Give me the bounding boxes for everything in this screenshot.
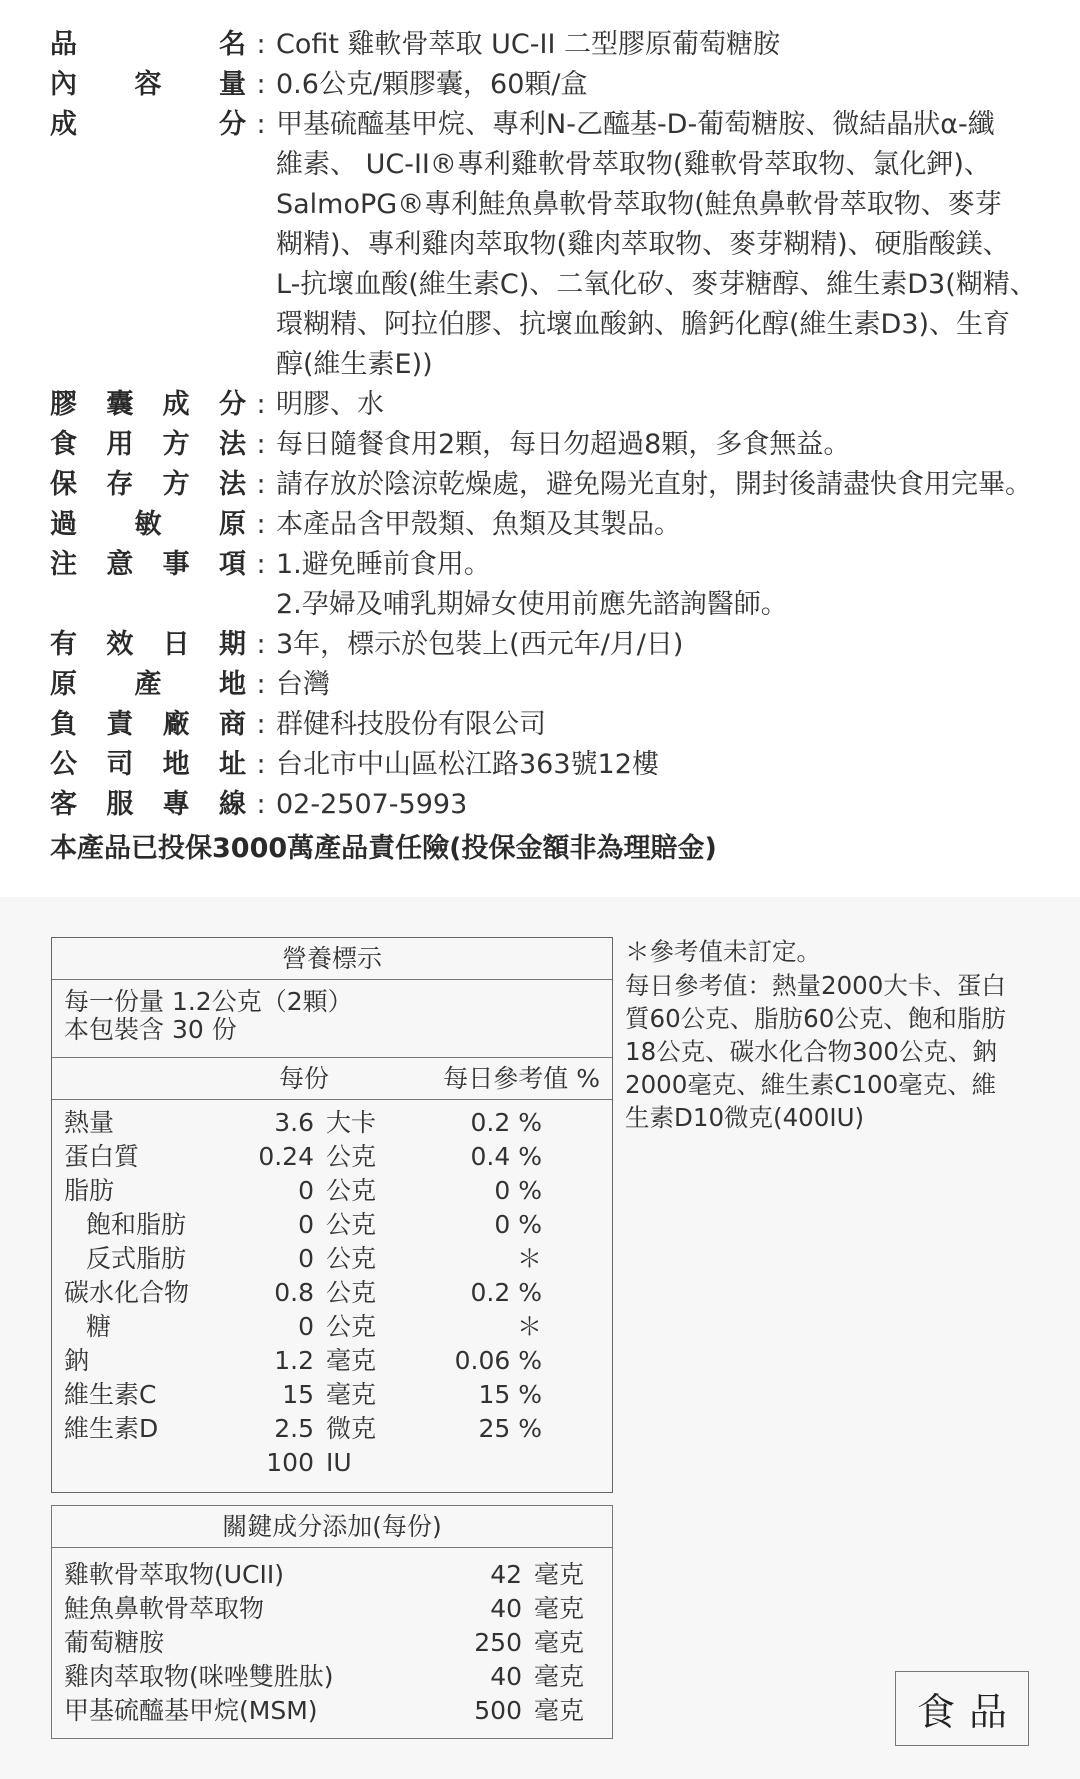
- spec-value: 1.避免睡前食用。2.孕婦及哺乳期婦女使用前應先諮詢醫師。: [276, 545, 1066, 625]
- spec-row: 食用方法:每日隨餐食用2顆，每日勿超過8顆，多食無益。: [0, 425, 1080, 465]
- key-ingredients-title: 關鍵成分添加(每份): [52, 1506, 612, 1548]
- ingredient-amount: 40: [442, 1660, 522, 1694]
- spec-label-char: 責: [106, 705, 133, 745]
- spec-label-char: 用: [106, 425, 133, 465]
- nutrition-row: 熱量3.6大卡0.2 %: [52, 1106, 612, 1140]
- spec-value: 甲基硫醯基甲烷、專利N-乙醯基-D-葡萄糖胺、微結晶狀α-纖維素、 UC-II®…: [276, 105, 1066, 385]
- spec-colon: :: [246, 385, 276, 425]
- spec-label-char: 效: [106, 625, 133, 665]
- nutrient-value: 2.5: [202, 1412, 314, 1446]
- spec-label-char: 日: [163, 625, 190, 665]
- nutrient-daily-value: ＊: [394, 1310, 542, 1344]
- nutrient-name: 維生素D: [52, 1412, 202, 1446]
- spec-colon: :: [246, 25, 276, 65]
- spec-label: 客服專線: [50, 785, 246, 825]
- spec-colon: :: [246, 705, 276, 745]
- spec-label-char: 專: [163, 785, 190, 825]
- key-ingredient-row: 葡萄糖胺250毫克: [52, 1626, 612, 1660]
- ingredient-amount: 42: [442, 1558, 522, 1592]
- spec-label-char: 囊: [106, 385, 133, 425]
- spec-label: 注意事項: [50, 545, 246, 625]
- ingredient-amount: 500: [442, 1694, 522, 1728]
- ingredient-name: 葡萄糖胺: [52, 1626, 442, 1660]
- ingredient-unit: 毫克: [522, 1592, 592, 1626]
- nutrient-unit: 公克: [314, 1310, 394, 1344]
- spec-label-char: 成: [163, 385, 190, 425]
- insurance-statement: 本產品已投保3000萬產品責任險(投保金額非為理賠金): [50, 827, 1080, 871]
- spec-label-char: 法: [219, 425, 246, 465]
- daily-reference-line: 每日參考值：熱量2000大卡、蛋白: [625, 969, 1045, 1002]
- spec-label-char: 注: [50, 545, 77, 625]
- spec-label-char: 廠: [163, 705, 190, 745]
- daily-reference-text: 每日參考值：熱量2000大卡、蛋白質60公克、脂肪60公克、飽和脂肪18公克、碳…: [625, 969, 1045, 1134]
- spec-value-line: 每日隨餐食用2顆，每日勿超過8顆，多食無益。: [276, 425, 1066, 465]
- spec-value-line: 2.孕婦及哺乳期婦女使用前應先諮詢醫師。: [276, 585, 1066, 625]
- nutrient-value: 0.8: [202, 1276, 314, 1310]
- spec-label-char: 產: [135, 665, 162, 705]
- nutrition-row: 維生素C15毫克15 %: [52, 1378, 612, 1412]
- spec-label-char: 有: [50, 625, 77, 665]
- nutrition-title: 營養標示: [52, 938, 612, 980]
- header-daily-value: 每日參考值 %: [347, 1058, 612, 1099]
- spec-value: 本產品含甲殼類、魚類及其製品。: [276, 505, 1066, 545]
- spec-label: 公司地址: [50, 745, 246, 785]
- nutrient-name: 熱量: [52, 1106, 202, 1140]
- daily-reference-line: 2000毫克、維生素C100毫克、維: [625, 1068, 1045, 1101]
- spec-value-line: 台灣: [276, 665, 1066, 705]
- ingredient-amount: 250: [442, 1626, 522, 1660]
- nutrient-name: 反式脂肪: [52, 1242, 202, 1276]
- spec-value-line: L-抗壞血酸(維生素C)、二氧化矽、麥芽糖醇、維生素D3(糊精、: [276, 265, 1066, 305]
- daily-reference-line: 生素D10微克(400IU): [625, 1101, 1045, 1134]
- spec-label-char: 內: [50, 65, 77, 105]
- spec-label-char: 項: [219, 545, 246, 625]
- nutrient-name: [52, 1446, 202, 1480]
- spec-value: 台北市中山區松江路363號12樓: [276, 745, 1066, 785]
- spec-value-line: Cofit 雞軟骨萃取 UC-II 二型膠原葡萄糖胺: [276, 25, 1066, 65]
- spec-colon: :: [246, 65, 276, 105]
- spec-row: 保存方法:請存放於陰涼乾燥處，避免陽光直射，開封後請盡快食用完畢。: [0, 465, 1080, 505]
- spec-label-char: 意: [106, 545, 133, 625]
- spec-label: 膠囊成分: [50, 385, 246, 425]
- nutrient-daily-value: 0.4 %: [394, 1140, 542, 1174]
- spec-row: 原產地:台灣: [0, 665, 1080, 705]
- spec-label-char: 量: [219, 65, 246, 105]
- nutrient-name: 糖: [52, 1310, 202, 1344]
- food-category-badge: 食品: [895, 1671, 1029, 1746]
- spec-value-line: 群健科技股份有限公司: [276, 705, 1066, 745]
- spec-row: 過敏原:本產品含甲殼類、魚類及其製品。: [0, 505, 1080, 545]
- spec-row: 膠囊成分:明膠、水: [0, 385, 1080, 425]
- key-ingredient-row: 雞肉萃取物(咪唑雙胜肽)40毫克: [52, 1660, 612, 1694]
- spec-label: 有效日期: [50, 625, 246, 665]
- nutrition-row: 脂肪0公克0 %: [52, 1174, 612, 1208]
- ingredient-name: 甲基硫醯基甲烷(MSM): [52, 1694, 442, 1728]
- spec-label-char: 方: [163, 425, 190, 465]
- spec-value-line: 明膠、水: [276, 385, 1066, 425]
- nutrient-daily-value: ＊: [394, 1242, 542, 1276]
- spec-row: 內容量:0.6公克/顆膠囊，60顆/盒: [0, 65, 1080, 105]
- spec-label-char: 分: [219, 385, 246, 425]
- spec-value-line: 1.避免睡前食用。: [276, 545, 1066, 585]
- spec-label-char: 品: [50, 25, 77, 65]
- spec-value: 群健科技股份有限公司: [276, 705, 1066, 745]
- ingredient-name: 雞肉萃取物(咪唑雙胜肽): [52, 1660, 442, 1694]
- ingredient-unit: 毫克: [522, 1660, 592, 1694]
- nutrient-value: 3.6: [202, 1106, 314, 1140]
- ingredient-amount: 40: [442, 1592, 522, 1626]
- spec-value-line: 醇(維生素E)): [276, 345, 1066, 385]
- spec-label: 食用方法: [50, 425, 246, 465]
- product-spec-section: 品名:Cofit 雞軟骨萃取 UC-II 二型膠原葡萄糖胺內容量:0.6公克/顆…: [0, 0, 1080, 897]
- key-ingredient-row: 雞軟骨萃取物(UCII)42毫克: [52, 1558, 612, 1592]
- spec-label-char: 客: [50, 785, 77, 825]
- spec-label: 原產地: [50, 665, 246, 705]
- spec-label-char: 敏: [135, 505, 162, 545]
- reference-notes: ＊參考值未訂定。 每日參考值：熱量2000大卡、蛋白質60公克、脂肪60公克、飽…: [625, 935, 1045, 1134]
- spec-row: 公司地址:台北市中山區松江路363號12樓: [0, 745, 1080, 785]
- serving-info: 每一份量 1.2公克（2顆） 本包裝含 30 份: [52, 980, 612, 1058]
- nutrient-unit: 大卡: [314, 1106, 394, 1140]
- spec-label: 內容量: [50, 65, 246, 105]
- spec-label-char: 事: [163, 545, 190, 625]
- nutrition-row: 糖0公克＊: [52, 1310, 612, 1344]
- nutrient-daily-value: 0.2 %: [394, 1106, 542, 1140]
- nutrient-unit: 公克: [314, 1276, 394, 1310]
- nutrient-value: 0: [202, 1242, 314, 1276]
- spec-label-char: 成: [50, 105, 77, 385]
- spec-value: 台灣: [276, 665, 1066, 705]
- spec-value-line: 環糊精、阿拉伯膠、抗壞血酸鈉、膽鈣化醇(維生素D3)、生育: [276, 305, 1066, 345]
- spec-value-line: 糊精)、專利雞肉萃取物(雞肉萃取物、麥芽糊精)、硬脂酸鎂、: [276, 225, 1066, 265]
- nutrient-name: 維生素C: [52, 1378, 202, 1412]
- spec-value: 請存放於陰涼乾燥處，避免陽光直射，開封後請盡快食用完畢。: [276, 465, 1066, 505]
- spec-label: 保存方法: [50, 465, 246, 505]
- daily-reference-line: 18公克、碳水化合物300公克、鈉: [625, 1035, 1045, 1068]
- spec-label-char: 原: [50, 665, 77, 705]
- key-ingredients-table: 關鍵成分添加(每份) 雞軟骨萃取物(UCII)42毫克鮭魚鼻軟骨萃取物40毫克葡…: [51, 1505, 613, 1739]
- nutrient-name: 蛋白質: [52, 1140, 202, 1174]
- nutrition-row: 蛋白質0.24公克0.4 %: [52, 1140, 612, 1174]
- nutrition-row: 維生素D2.5微克25 %: [52, 1412, 612, 1446]
- spec-label-char: 公: [50, 745, 77, 785]
- spec-label-char: 存: [106, 465, 133, 505]
- star-note: ＊參考值未訂定。: [625, 935, 1045, 968]
- spec-value: 0.6公克/顆膠囊，60顆/盒: [276, 65, 1066, 105]
- spec-label-char: 名: [219, 25, 246, 65]
- spec-label: 過敏原: [50, 505, 246, 545]
- spec-row: 品名:Cofit 雞軟骨萃取 UC-II 二型膠原葡萄糖胺: [0, 25, 1080, 65]
- ingredient-unit: 毫克: [522, 1558, 592, 1592]
- spec-colon: :: [246, 785, 276, 825]
- spec-value-line: 02-2507-5993: [276, 785, 1066, 825]
- nutrient-unit: 公克: [314, 1140, 394, 1174]
- nutrient-daily-value: 15 %: [394, 1378, 542, 1412]
- spec-label-char: 司: [106, 745, 133, 785]
- spec-value-line: 甲基硫醯基甲烷、專利N-乙醯基-D-葡萄糖胺、微結晶狀α-纖: [276, 105, 1066, 145]
- nutrient-value: 0.24: [202, 1140, 314, 1174]
- nutrient-name: 碳水化合物: [52, 1276, 202, 1310]
- spec-label-char: 地: [219, 665, 246, 705]
- nutrient-value: 15: [202, 1378, 314, 1412]
- spec-row: 注意事項:1.避免睡前食用。2.孕婦及哺乳期婦女使用前應先諮詢醫師。: [0, 545, 1080, 625]
- spec-colon: :: [246, 665, 276, 705]
- nutrient-daily-value: 0.2 %: [394, 1276, 542, 1310]
- nutrition-row: 反式脂肪0公克＊: [52, 1242, 612, 1276]
- nutrient-value: 0: [202, 1208, 314, 1242]
- ingredient-name: 鮭魚鼻軟骨萃取物: [52, 1592, 442, 1626]
- spec-value: 02-2507-5993: [276, 785, 1066, 825]
- nutrition-row: 碳水化合物0.8公克0.2 %: [52, 1276, 612, 1310]
- spec-colon: :: [246, 425, 276, 465]
- spec-label: 成分: [50, 105, 246, 385]
- spec-label-char: 膠: [50, 385, 77, 425]
- key-ingredients-rows: 雞軟骨萃取物(UCII)42毫克鮭魚鼻軟骨萃取物40毫克葡萄糖胺250毫克雞肉萃…: [52, 1548, 612, 1738]
- spec-label-char: 保: [50, 465, 77, 505]
- spec-value: 每日隨餐食用2顆，每日勿超過8顆，多食無益。: [276, 425, 1066, 465]
- spec-label: 負責廠商: [50, 705, 246, 745]
- spec-label-char: 期: [219, 625, 246, 665]
- spec-label-char: 負: [50, 705, 77, 745]
- nutrient-value: 100: [202, 1446, 314, 1480]
- nutrition-row: 100IU: [52, 1446, 612, 1480]
- nutrient-daily-value: 25 %: [394, 1412, 542, 1446]
- nutrition-row: 飽和脂肪0公克0 %: [52, 1208, 612, 1242]
- spec-colon: :: [246, 625, 276, 665]
- spec-row: 客服專線:02-2507-5993: [0, 785, 1080, 825]
- spec-value-line: 0.6公克/顆膠囊，60顆/盒: [276, 65, 1066, 105]
- nutrient-unit: 公克: [314, 1208, 394, 1242]
- spec-row: 有效日期:3年，標示於包裝上(西元年/月/日): [0, 625, 1080, 665]
- spec-label-char: 容: [135, 65, 162, 105]
- nutrient-unit: 公克: [314, 1242, 394, 1276]
- spec-value-line: SalmoPG®專利鮭魚鼻軟骨萃取物(鮭魚鼻軟骨萃取物、麥芽: [276, 185, 1066, 225]
- nutrient-value: 0: [202, 1310, 314, 1344]
- spec-colon: :: [246, 105, 276, 385]
- spec-value: 明膠、水: [276, 385, 1066, 425]
- daily-reference-line: 質60公克、脂肪60公克、飽和脂肪: [625, 1002, 1045, 1035]
- ingredient-name: 雞軟骨萃取物(UCII): [52, 1558, 442, 1592]
- spec-list: 品名:Cofit 雞軟骨萃取 UC-II 二型膠原葡萄糖胺內容量:0.6公克/顆…: [0, 25, 1080, 825]
- nutrient-value: 1.2: [202, 1344, 314, 1378]
- spec-value-line: 維素、 UC-II®專利雞軟骨萃取物(雞軟骨萃取物、氯化鉀)、: [276, 145, 1066, 185]
- spec-colon: :: [246, 745, 276, 785]
- spec-value-line: 本產品含甲殼類、魚類及其製品。: [276, 505, 1066, 545]
- nutrient-daily-value: [394, 1446, 542, 1480]
- nutrition-column-headers: 每份 每日參考值 %: [52, 1058, 612, 1100]
- nutrition-section: 營養標示 每一份量 1.2公克（2顆） 本包裝含 30 份 每份 每日參考值 %…: [0, 897, 1080, 1779]
- spec-label-char: 法: [219, 465, 246, 505]
- nutrient-daily-value: 0 %: [394, 1174, 542, 1208]
- ingredient-unit: 毫克: [522, 1694, 592, 1728]
- spec-label-char: 原: [219, 505, 246, 545]
- nutrient-name: 飽和脂肪: [52, 1208, 202, 1242]
- nutrient-value: 0: [202, 1174, 314, 1208]
- spec-colon: :: [246, 505, 276, 545]
- nutrition-rows: 熱量3.6大卡0.2 %蛋白質0.24公克0.4 %脂肪0公克0 %飽和脂肪0公…: [52, 1100, 612, 1492]
- spec-label-char: 方: [163, 465, 190, 505]
- spec-value-line: 3年，標示於包裝上(西元年/月/日): [276, 625, 1066, 665]
- spec-label-char: 食: [50, 425, 77, 465]
- spec-value-line: 請存放於陰涼乾燥處，避免陽光直射，開封後請盡快食用完畢。: [276, 465, 1066, 505]
- serving-size: 每一份量 1.2公克（2顆）: [64, 988, 600, 1016]
- nutrient-unit: 毫克: [314, 1378, 394, 1412]
- servings-per-package: 本包裝含 30 份: [64, 1016, 600, 1044]
- nutrient-daily-value: 0.06 %: [394, 1344, 542, 1378]
- spec-label-char: 地: [163, 745, 190, 785]
- nutrient-name: 脂肪: [52, 1174, 202, 1208]
- spec-row: 成分:甲基硫醯基甲烷、專利N-乙醯基-D-葡萄糖胺、微結晶狀α-纖維素、 UC-…: [0, 105, 1080, 385]
- spec-label: 品名: [50, 25, 246, 65]
- spec-label-char: 服: [106, 785, 133, 825]
- spec-colon: :: [246, 465, 276, 505]
- spec-colon: :: [246, 545, 276, 625]
- header-per-serving: 每份: [52, 1058, 347, 1099]
- nutrient-name: 鈉: [52, 1344, 202, 1378]
- spec-value: 3年，標示於包裝上(西元年/月/日): [276, 625, 1066, 665]
- key-ingredient-row: 鮭魚鼻軟骨萃取物40毫克: [52, 1592, 612, 1626]
- nutrient-unit: IU: [314, 1446, 394, 1480]
- spec-row: 負責廠商:群健科技股份有限公司: [0, 705, 1080, 745]
- spec-label-char: 商: [219, 705, 246, 745]
- nutrition-facts-table: 營養標示 每一份量 1.2公克（2顆） 本包裝含 30 份 每份 每日參考值 %…: [51, 937, 613, 1493]
- key-ingredient-row: 甲基硫醯基甲烷(MSM)500毫克: [52, 1694, 612, 1728]
- nutrition-row: 鈉1.2毫克0.06 %: [52, 1344, 612, 1378]
- spec-value: Cofit 雞軟骨萃取 UC-II 二型膠原葡萄糖胺: [276, 25, 1066, 65]
- spec-label-char: 線: [219, 785, 246, 825]
- nutrient-daily-value: 0 %: [394, 1208, 542, 1242]
- spec-label-char: 過: [50, 505, 77, 545]
- nutrient-unit: 微克: [314, 1412, 394, 1446]
- nutrient-unit: 毫克: [314, 1344, 394, 1378]
- spec-value-line: 台北市中山區松江路363號12樓: [276, 745, 1066, 785]
- spec-label-char: 分: [219, 105, 246, 385]
- ingredient-unit: 毫克: [522, 1626, 592, 1660]
- spec-label-char: 址: [219, 745, 246, 785]
- nutrient-unit: 公克: [314, 1174, 394, 1208]
